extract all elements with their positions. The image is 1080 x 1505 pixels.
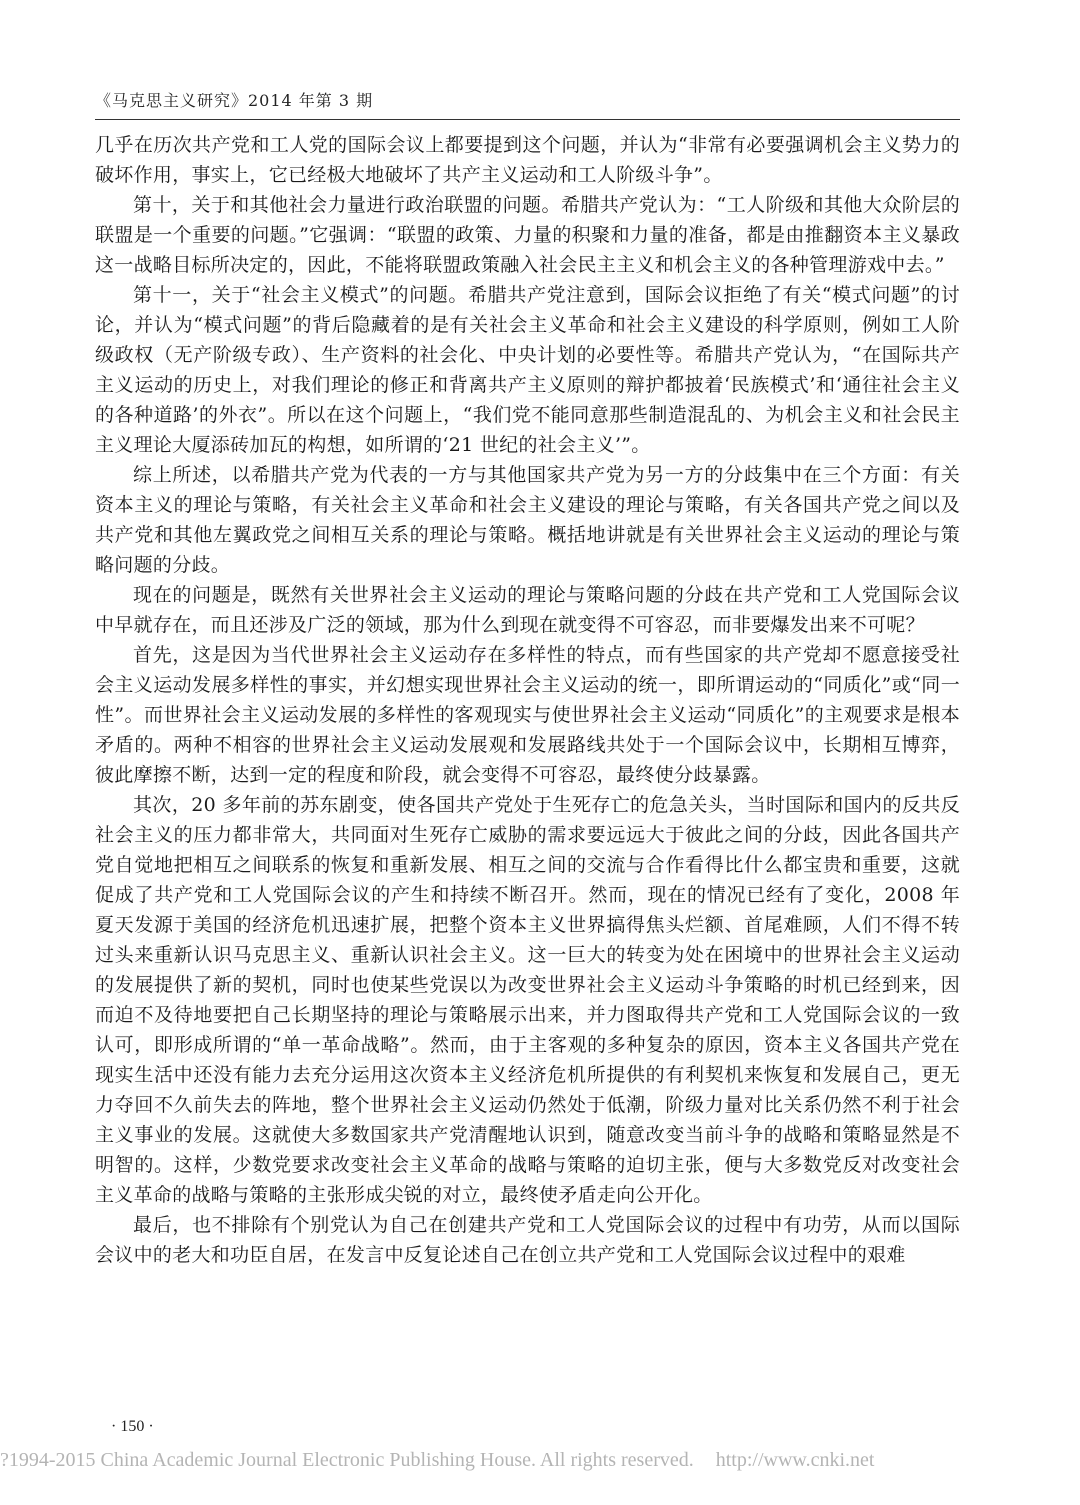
article-body: 几乎在历次共产党和工人党的国际会议上都要提到这个问题，并认为“非常有必要强调机会… <box>95 130 960 1270</box>
page-number: · 150 · <box>111 1418 154 1436</box>
paragraph-tenth-point: 第十，关于和其他社会力量进行政治联盟的问题。希腊共产党认为：“工人阶级和其他大众… <box>95 190 960 280</box>
paragraph-last-reason: 最后，也不排除有个别党认为自己在创建共产党和工人党国际会议的过程中有功劳，从而以… <box>95 1210 960 1270</box>
paragraph-eleventh-point: 第十一，关于“社会主义模式”的问题。希腊共产党注意到，国际会议拒绝了有关“模式问… <box>95 280 960 460</box>
paragraph-question: 现在的问题是，既然有关世界社会主义运动的理论与策略问题的分歧在共产党和工人党国际… <box>95 580 960 640</box>
running-header: 《马克思主义研究》2014 年第 3 期 <box>95 88 373 111</box>
paragraph-second-reason: 其次，20 多年前的苏东剧变，使各国共产党处于生死存亡的危急关头，当时国际和国内… <box>95 790 960 1210</box>
paragraph-first-reason: 首先，这是因为当代世界社会主义运动存在多样性的特点，而有些国家的共产党却不愿意接… <box>95 640 960 790</box>
paragraph-continuation: 几乎在历次共产党和工人党的国际会议上都要提到这个问题，并认为“非常有必要强调机会… <box>95 130 960 190</box>
cnki-url: http://www.cnki.net <box>716 1449 875 1471</box>
copyright-watermark: ?1994-2015 China Academic Journal Electr… <box>0 1449 1080 1472</box>
paragraph-summary: 综上所述，以希腊共产党为代表的一方与其他国家共产党为另一方的分歧集中在三个方面：… <box>95 460 960 580</box>
header-divider <box>95 119 960 120</box>
copyright-text: ?1994-2015 China Academic Journal Electr… <box>0 1449 694 1471</box>
